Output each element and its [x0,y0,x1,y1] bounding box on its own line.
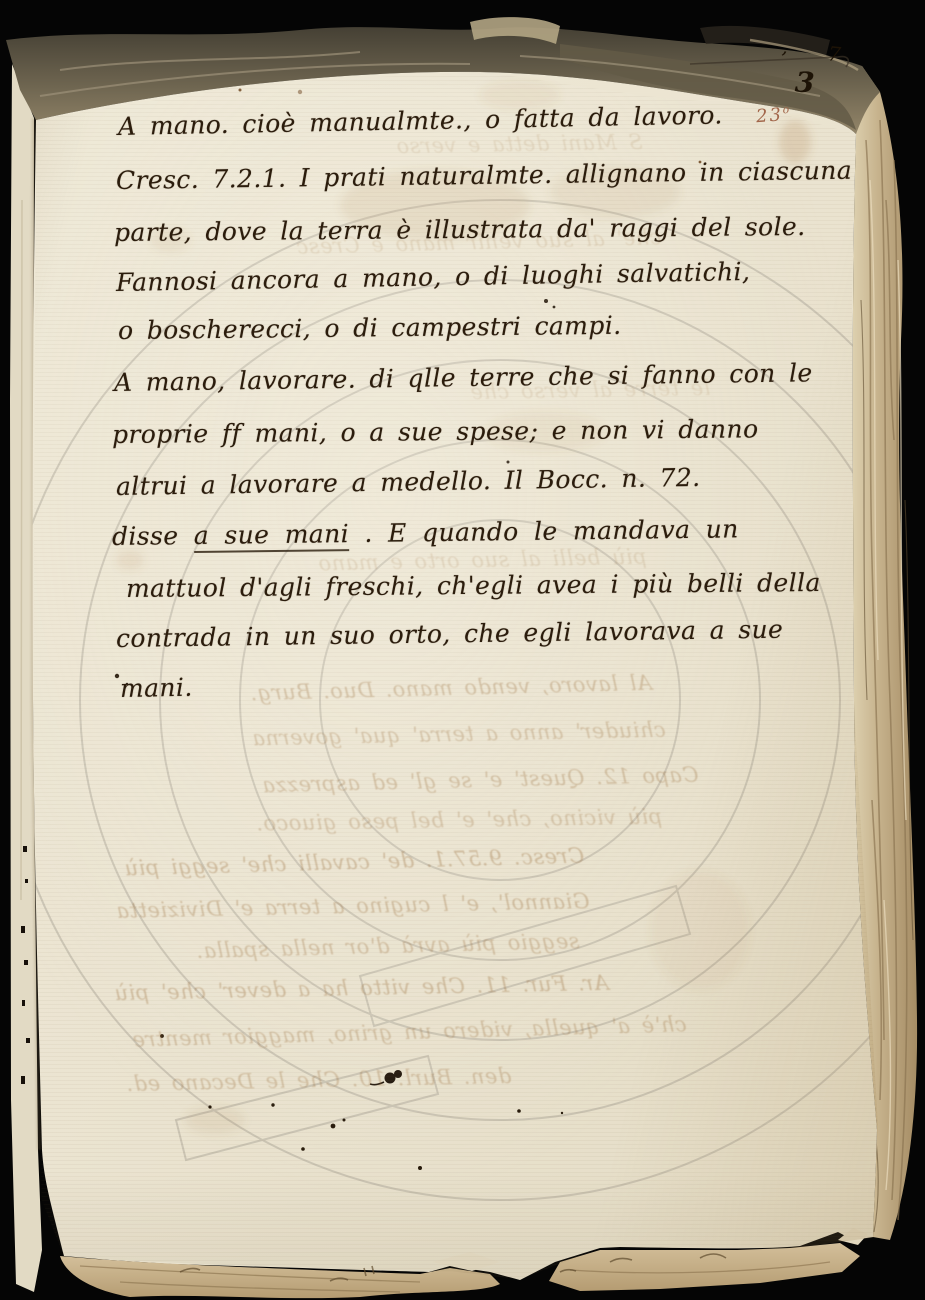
show-through-line: Giannol', e' l cugino a terra e' Divizie… [116,889,590,923]
handwriting-layer: S Mani detta e verso che' al suo venir m… [0,0,925,1300]
manuscript-line: proprie ff mani, o a sue spese; e non vi… [112,414,759,449]
red-foliation-suffix: o [782,103,791,117]
show-through-line: seggio più avrà d'or nella spalla. [196,929,580,963]
show-through-line: ch'è a' quella, videro un grino, maggior… [132,1012,687,1051]
quire-mark: 7 [827,41,842,66]
manuscript-line: contrada in un suo orto, che egli lavora… [116,615,784,653]
show-through-line: chiuder' anno a terra' qua' governa [252,718,666,751]
folio-number: 3 [794,66,815,100]
show-through-line: Al lavoro, vendo mano. Duo. Burg. [250,671,653,706]
underlined-phrase: a sue mani [194,519,350,553]
manuscript-line: altrui a lavorare a medello. Il Bocc. n.… [116,463,701,501]
show-through-line: den. Burl. 10. Che le Decano ed. [126,1064,512,1096]
red-foliation: 23o [755,103,792,127]
show-through-line: Ar. Fur. 11. Che vitto ha a dever' che' … [114,971,609,1005]
red-foliation-number: 23 [755,104,783,127]
line-segment: disse [112,521,194,551]
manuscript-line: mattuol d'agli freschi, ch'egli avea i p… [126,568,821,603]
show-through-line: Capo 12. Quest' e' se gl' ed asprezza [262,763,699,798]
show-through-line: più vicino, che' e' bel peso giuoco. [256,804,663,835]
manuscript-line: Cresc. 7.2.1. I prati naturalmte. allign… [116,156,852,195]
manuscript-photo: S Mani detta e verso che' al suo venir m… [0,0,925,1300]
corner-ink-mark: ’ [778,48,788,71]
manuscript-line: o boscherecci, o di campestri campi. [118,311,622,345]
line-segment: . E quando le mandava un [349,514,739,548]
show-through-line: Cresc. 9.57.1. de' cavalli che' seggi pi… [124,844,585,881]
manuscript-line: Fannosi ancora a mano, o di luoghi salva… [116,257,751,297]
manuscript-line: parte, dove la terra è illustrata da' ra… [114,212,806,247]
manuscript-line: mani. [120,673,193,703]
